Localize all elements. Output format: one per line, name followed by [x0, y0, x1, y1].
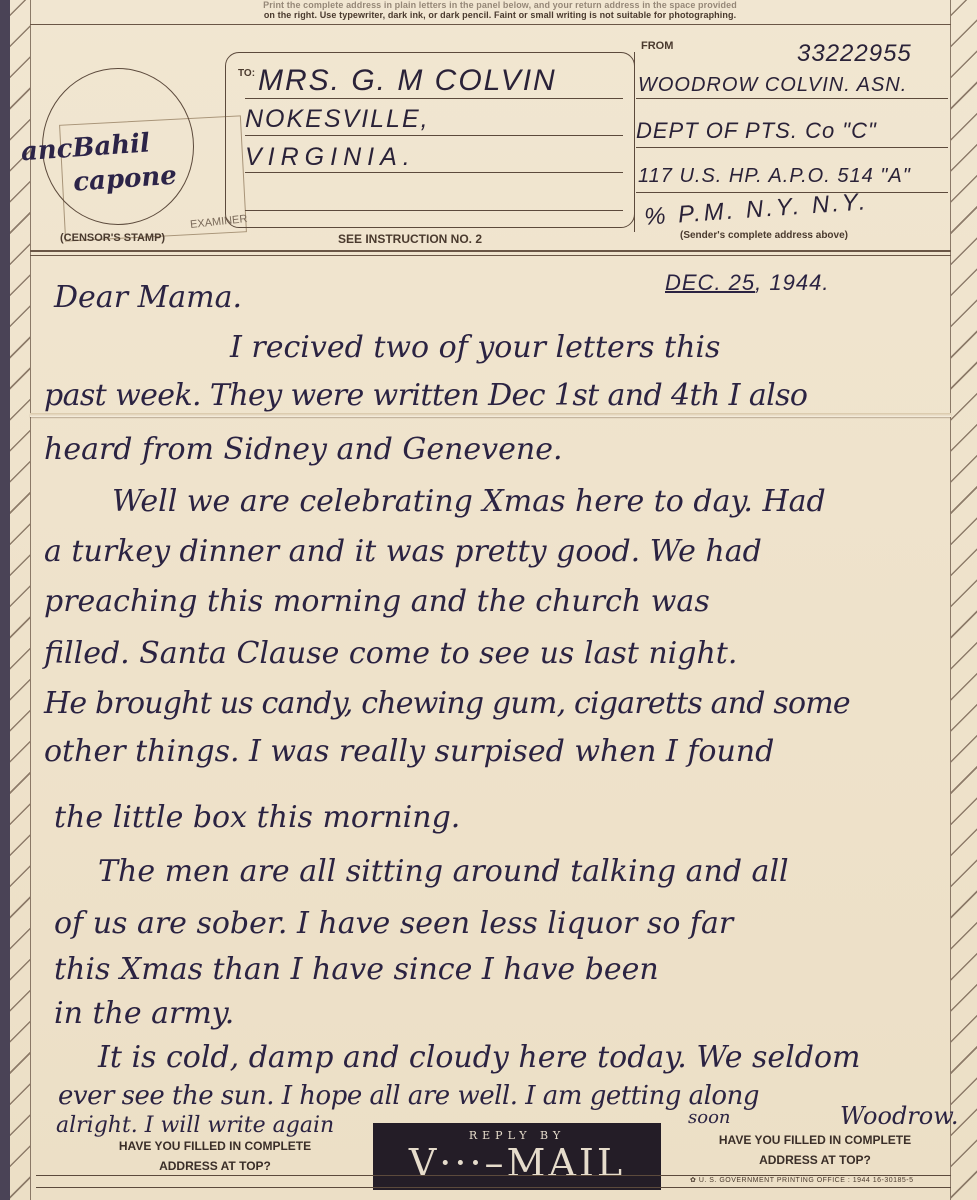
letter-line: filled. Santa Clause come to see us last…	[44, 634, 737, 674]
letter-line: It is cold, damp and cloudy here today. …	[98, 1038, 860, 1078]
instructions-line-2: on the right. Use typewriter, dark ink, …	[60, 10, 940, 20]
footer-prompt-right: HAVE YOU FILLED IN COMPLETE ADDRESS AT T…	[680, 1130, 950, 1170]
date-year: , 1944.	[755, 270, 829, 295]
letter-line: The men are all sitting around talking a…	[98, 852, 789, 892]
union-bug-icon: ✿	[690, 1177, 696, 1184]
printer-note: U. S. GOVERNMENT PRINTING OFFICE : 1944 …	[699, 1177, 914, 1184]
from-label: FROM	[641, 40, 673, 52]
sender-serial-number: 33222955	[797, 40, 912, 68]
address-rule	[245, 210, 623, 211]
footer-rule-2	[36, 1187, 951, 1188]
recipient-town: NOKESVILLE,	[245, 105, 430, 134]
recipient-name: MRS. G. M COLVIN	[258, 64, 557, 98]
sender-address-rule	[636, 147, 948, 148]
form-instructions: Print the complete address in plain lett…	[60, 0, 940, 20]
recipient-state: VIRGINIA.	[245, 143, 416, 172]
letter-line: other things. I was really surpised when…	[44, 732, 774, 772]
letter-date: DEC. 25, 1944.	[665, 270, 829, 296]
address-rule	[245, 172, 623, 173]
sheet-left-edge	[0, 0, 10, 1200]
sender-hospital: 117 U.S. HP. A.P.O. 514 "A"	[638, 165, 911, 188]
sender-address-rule	[636, 98, 948, 99]
letter-line: preaching this morning and the church wa…	[44, 582, 710, 622]
letter-line: the little box this morning.	[54, 798, 460, 838]
footer-prompt-right-line-2: ADDRESS AT TOP?	[680, 1150, 950, 1170]
right-hatched-margin	[950, 0, 977, 1200]
letter-line: of us are sober. I have seen less liquor…	[54, 904, 733, 944]
printer-imprint: ✿ U. S. GOVERNMENT PRINTING OFFICE : 194…	[690, 1176, 914, 1184]
letter-line: I recived two of your letters this	[230, 328, 720, 368]
address-rule	[245, 135, 623, 136]
letter-line: a turkey dinner and it was pretty good. …	[44, 532, 762, 572]
censor-stamp-label: (CENSOR'S STAMP)	[60, 232, 165, 244]
header-bottom-rule-2	[30, 255, 951, 256]
vmail-logo: V···–MAIL	[373, 1142, 661, 1184]
footer-prompt-left-line-2: ADDRESS AT TOP?	[80, 1156, 350, 1176]
letter-line: heard from Sidney and Genevene.	[44, 430, 563, 470]
footer-prompt-left: HAVE YOU FILLED IN COMPLETE ADDRESS AT T…	[80, 1136, 350, 1176]
letter-line: He brought us candy, chewing gum, cigare…	[44, 684, 850, 724]
letter-line: this Xmas than I have since I have been	[54, 950, 659, 990]
header-bottom-rule	[30, 250, 951, 252]
sender-unit: DEPT OF PTS. Co "C"	[636, 118, 877, 144]
address-rule	[245, 98, 623, 99]
footer-prompt-left-line-1: HAVE YOU FILLED IN COMPLETE	[80, 1136, 350, 1156]
from-block-divider	[634, 52, 635, 232]
see-instruction-label: SEE INSTRUCTION NO. 2	[338, 232, 482, 246]
header-top-rule	[30, 24, 951, 25]
letter-line: in the army.	[54, 994, 234, 1034]
date-month-day: DEC. 25	[665, 270, 755, 295]
reply-by-vmail-banner: REPLY BY V···–MAIL	[373, 1123, 661, 1190]
instructions-line-1: Print the complete address in plain lett…	[60, 0, 940, 10]
reply-by-label: REPLY BY	[373, 1123, 661, 1142]
footer-prompt-right-line-1: HAVE YOU FILLED IN COMPLETE	[680, 1130, 950, 1150]
to-label: TO:	[238, 68, 255, 79]
sender-address-note: (Sender's complete address above)	[680, 230, 848, 241]
letter-line: Well we are celebrating Xmas here to day…	[112, 482, 826, 522]
letter-salutation: Dear Mama.	[54, 278, 242, 318]
letter-line: past week. They were written Dec 1st and…	[44, 376, 807, 416]
sender-name: WOODROW COLVIN. ASN.	[638, 74, 907, 97]
